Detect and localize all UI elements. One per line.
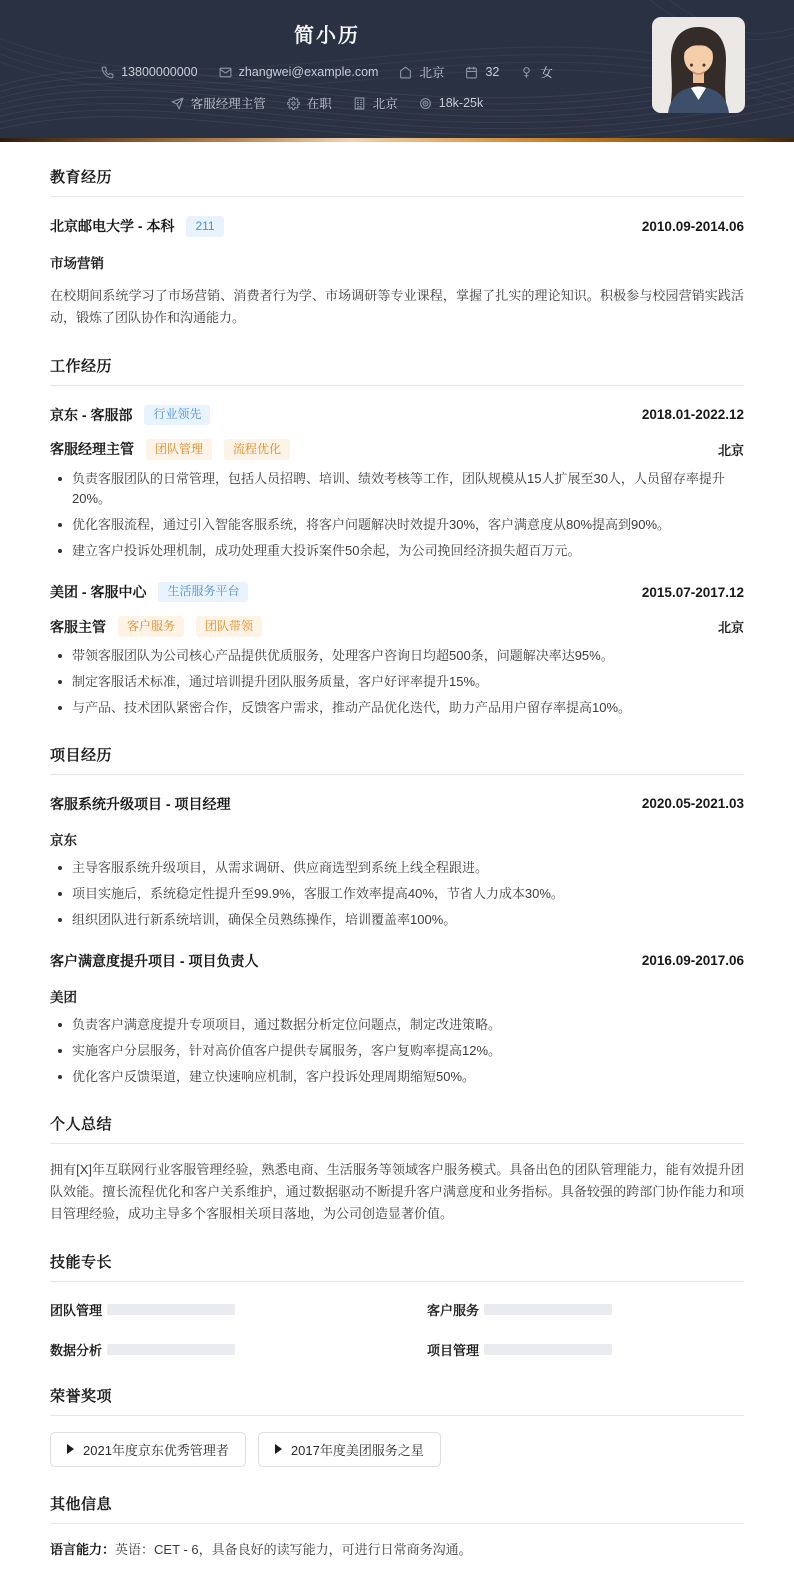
job-status-value: 在职 bbox=[307, 94, 332, 112]
language-line: 语言能力：英语：CET - 6，具备良好的读写能力，可进行日常商务沟通。 bbox=[50, 1540, 744, 1560]
project-name: 客户满意度提升项目 - 项目负责人 bbox=[50, 951, 258, 971]
salary-item: 18k-25k bbox=[419, 96, 483, 110]
honor-text: 2021年度京东优秀管理者 bbox=[83, 1440, 229, 1459]
job-bullets: 带领客服团队为公司核心产品提供优质服务，处理客户咨询日均超500条，问题解决率达… bbox=[50, 646, 744, 718]
home-icon bbox=[399, 66, 412, 79]
job-tag: 流程优化 bbox=[224, 439, 290, 460]
phone-item: 13800000000 bbox=[101, 65, 197, 79]
honor-list: 2021年度京东优秀管理者 2017年度美团服务之星 bbox=[50, 1432, 744, 1467]
gender-value: 女 bbox=[540, 63, 553, 81]
position-item: 客服经理主管 bbox=[171, 94, 266, 112]
job-tag: 团队管理 bbox=[146, 439, 212, 460]
skill-name: 数据分析 bbox=[50, 1340, 107, 1359]
resume-title: 简小历 bbox=[294, 19, 360, 48]
skill-name: 团队管理 bbox=[50, 1300, 107, 1319]
project-bullet: 实施客户分层服务，针对高价值客户提供专属服务，客户复购率提高12%。 bbox=[50, 1041, 744, 1061]
skill-bar bbox=[484, 1304, 612, 1315]
phone-icon bbox=[101, 66, 114, 79]
company-name: 京东 - 客服部 bbox=[50, 405, 132, 425]
building-icon bbox=[353, 97, 366, 110]
school-badge: 211 bbox=[186, 216, 223, 237]
avatar bbox=[652, 17, 745, 113]
status-gear-icon bbox=[287, 97, 300, 110]
skill-bar bbox=[107, 1344, 235, 1355]
resume-body: 教育经历 北京邮电大学 - 本科 211 2010.09-2014.06 市场营… bbox=[0, 166, 794, 1578]
education-major: 市场营销 bbox=[50, 252, 744, 272]
honor-pill: 2021年度京东优秀管理者 bbox=[50, 1432, 246, 1467]
section-summary: 个人总结 拥有[X]年互联网行业客服管理经验，熟悉电商、生活服务等领域客户服务模… bbox=[50, 1113, 744, 1225]
school-name: 北京邮电大学 - 本科 bbox=[50, 216, 174, 236]
age-icon bbox=[465, 66, 478, 79]
contact-row-2: 客服经理主管 在职 北京 18k-25k bbox=[171, 94, 484, 112]
project-name: 客服系统升级项目 - 项目经理 bbox=[50, 794, 230, 814]
home-location-item: 北京 bbox=[399, 63, 444, 81]
language-text: 英语：CET - 6，具备良好的读写能力，可进行日常商务沟通。 bbox=[115, 1542, 472, 1557]
job-tag: 客户服务 bbox=[118, 616, 184, 637]
job-city: 北京 bbox=[718, 440, 744, 459]
section-title-skills: 技能专长 bbox=[50, 1251, 744, 1282]
job-tag: 团队带领 bbox=[196, 616, 262, 637]
award-arrow-icon bbox=[67, 1444, 74, 1454]
project-date: 2020.05-2021.03 bbox=[642, 796, 744, 811]
job-bullet: 优化客服流程，通过引入智能客服系统，将客户问题解决时效提升30%，客户满意度从8… bbox=[50, 515, 744, 535]
job-bullet: 制定客服话术标准，通过培训提升团队服务质量，客户好评率提升15%。 bbox=[50, 672, 744, 692]
section-title-honors: 荣誉奖项 bbox=[50, 1385, 744, 1416]
section-honors: 荣誉奖项 2021年度京东优秀管理者 2017年度美团服务之星 bbox=[50, 1385, 744, 1467]
award-arrow-icon bbox=[275, 1444, 282, 1454]
skills-grid: 团队管理 客户服务 数据分析 项目管理 bbox=[50, 1300, 744, 1359]
project-date: 2016.09-2017.06 bbox=[642, 953, 744, 968]
work-entry: 京东 - 客服部 行业领先 2018.01-2022.12 客服经理主管 团队管… bbox=[50, 405, 744, 561]
home-location-value: 北京 bbox=[419, 63, 444, 81]
project-bullet: 组织团队进行新系统培训，确保全员熟练操作，培训覆盖率100%。 bbox=[50, 910, 744, 930]
job-position: 客服主管 bbox=[50, 617, 106, 637]
summary-text: 拥有[X]年互联网行业客服管理经验，熟悉电商、生活服务等领域客户服务模式。具备出… bbox=[50, 1159, 744, 1225]
skill-name: 客户服务 bbox=[427, 1300, 484, 1319]
age-item: 32 bbox=[465, 65, 499, 79]
job-position: 客服经理主管 bbox=[50, 439, 134, 459]
age-value: 32 bbox=[485, 65, 499, 79]
work-city-value: 北京 bbox=[373, 94, 398, 112]
honor-text: 2017年度美团服务之星 bbox=[291, 1440, 424, 1459]
company-badge: 行业领先 bbox=[144, 405, 210, 426]
profile-photo bbox=[652, 17, 745, 113]
gender-item: 女 bbox=[520, 63, 553, 81]
job-status-item: 在职 bbox=[287, 94, 332, 112]
company-badge: 生活服务平台 bbox=[158, 582, 248, 603]
job-bullet: 建立客户投诉处理机制，成功处理重大投诉案件50余起，为公司挽回经济损失超百万元。 bbox=[50, 541, 744, 561]
project-bullet: 优化客户反馈渠道，建立快速响应机制，客户投诉处理周期缩短50%。 bbox=[50, 1067, 744, 1087]
position-icon bbox=[171, 97, 184, 110]
skill-item: 客户服务 bbox=[427, 1300, 744, 1319]
education-date: 2010.09-2014.06 bbox=[642, 219, 744, 234]
job-bullets: 负责客服团队的日常管理，包括人员招聘、培训、绩效考核等工作，团队规模从15人扩展… bbox=[50, 469, 744, 561]
section-title-education: 教育经历 bbox=[50, 166, 744, 197]
project-bullet: 主导客服系统升级项目，从需求调研、供应商选型到系统上线全程跟进。 bbox=[50, 858, 744, 878]
section-title-projects: 项目经历 bbox=[50, 744, 744, 775]
section-title-work: 工作经历 bbox=[50, 355, 744, 386]
work-city-item: 北京 bbox=[353, 94, 398, 112]
email-item: zhangwei@example.com bbox=[219, 65, 379, 79]
resume-header: 简小历 13800000000 zhangwei@example.com 北京 … bbox=[0, 0, 794, 138]
work-date: 2018.01-2022.12 bbox=[642, 407, 744, 422]
section-other: 其他信息 语言能力：英语：CET - 6，具备良好的读写能力，可进行日常商务沟通… bbox=[50, 1493, 744, 1560]
project-company: 京东 bbox=[50, 829, 744, 849]
salary-target-icon bbox=[419, 97, 432, 110]
project-entry: 客服系统升级项目 - 项目经理 2020.05-2021.03 京东 主导客服系… bbox=[50, 794, 744, 930]
job-bullet: 与产品、技术团队紧密合作，反馈客户需求，推动产品优化迭代，助力产品用户留存率提高… bbox=[50, 698, 744, 718]
section-education: 教育经历 北京邮电大学 - 本科 211 2010.09-2014.06 市场营… bbox=[50, 166, 744, 329]
project-bullets: 主导客服系统升级项目，从需求调研、供应商选型到系统上线全程跟进。 项目实施后，系… bbox=[50, 858, 744, 930]
work-date: 2015.07-2017.12 bbox=[642, 585, 744, 600]
education-description: 在校期间系统学习了市场营销、消费者行为学、市场调研等专业课程，掌握了扎实的理论知… bbox=[50, 285, 744, 329]
skill-item: 项目管理 bbox=[427, 1340, 744, 1359]
email-value: zhangwei@example.com bbox=[239, 65, 379, 79]
job-bullet: 带领客服团队为公司核心产品提供优质服务，处理客户咨询日均超500条，问题解决率达… bbox=[50, 646, 744, 666]
project-entry: 客户满意度提升项目 - 项目负责人 2016.09-2017.06 美团 负责客… bbox=[50, 951, 744, 1087]
section-skills: 技能专长 团队管理 客户服务 数据分析 项目管理 bbox=[50, 1251, 744, 1359]
skill-item: 数据分析 bbox=[50, 1340, 367, 1359]
job-bullet: 负责客服团队的日常管理，包括人员招聘、培训、绩效考核等工作，团队规模从15人扩展… bbox=[50, 469, 744, 509]
email-icon bbox=[219, 66, 232, 79]
language-label: 语言能力： bbox=[50, 1542, 115, 1557]
section-projects: 项目经历 客服系统升级项目 - 项目经理 2020.05-2021.03 京东 … bbox=[50, 744, 744, 1087]
company-name: 美团 - 客服中心 bbox=[50, 582, 146, 602]
section-title-summary: 个人总结 bbox=[50, 1113, 744, 1144]
project-bullet: 项目实施后，系统稳定性提升至99.9%，客服工作效率提高40%，节省人力成本30… bbox=[50, 884, 744, 904]
section-work: 工作经历 京东 - 客服部 行业领先 2018.01-2022.12 客服经理主… bbox=[50, 355, 744, 718]
work-entry: 美团 - 客服中心 生活服务平台 2015.07-2017.12 客服主管 客户… bbox=[50, 582, 744, 718]
section-title-other: 其他信息 bbox=[50, 1493, 744, 1524]
skill-bar bbox=[107, 1304, 235, 1315]
skill-item: 团队管理 bbox=[50, 1300, 367, 1319]
salary-value: 18k-25k bbox=[439, 96, 483, 110]
project-company: 美团 bbox=[50, 986, 744, 1006]
skill-bar bbox=[484, 1344, 612, 1355]
position-value: 客服经理主管 bbox=[191, 94, 266, 112]
header-accent-bar bbox=[0, 138, 794, 142]
gender-icon bbox=[520, 66, 533, 79]
job-city: 北京 bbox=[718, 617, 744, 636]
honor-pill: 2017年度美团服务之星 bbox=[258, 1432, 441, 1467]
project-bullets: 负责客户满意度提升专项项目，通过数据分析定位问题点，制定改进策略。 实施客户分层… bbox=[50, 1015, 744, 1087]
phone-value: 13800000000 bbox=[121, 65, 197, 79]
contact-row-1: 13800000000 zhangwei@example.com 北京 32 女 bbox=[101, 63, 553, 81]
project-bullet: 负责客户满意度提升专项项目，通过数据分析定位问题点，制定改进策略。 bbox=[50, 1015, 744, 1035]
skill-name: 项目管理 bbox=[427, 1340, 484, 1359]
